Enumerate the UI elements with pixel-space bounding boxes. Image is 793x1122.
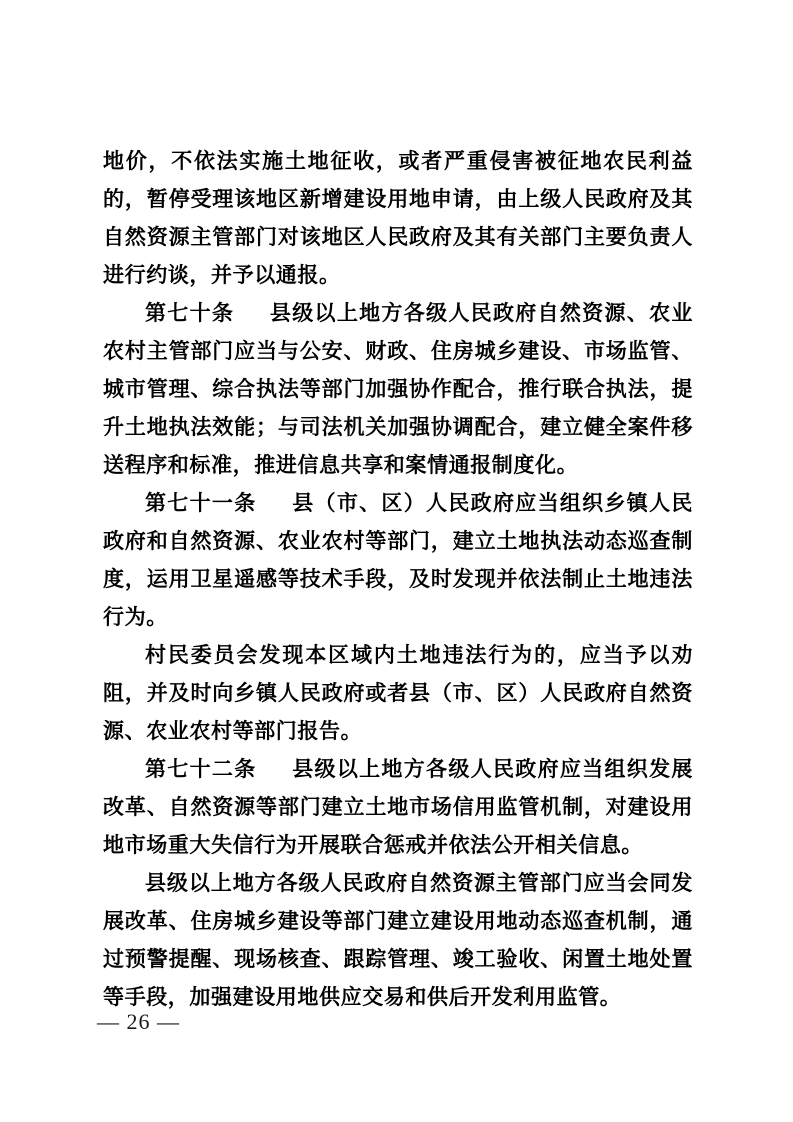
- page-number: — 26 —: [97, 1008, 180, 1036]
- paragraph-text: 县级以上地方各级人民政府自然资源主管部门应当会同发展改革、住房城乡建设等部门建立…: [103, 872, 693, 1009]
- paragraph-village-committee: 村民委员会发现本区域内土地违法行为的，应当予以劝阻，并及时向乡镇人民政府或者县（…: [103, 637, 693, 751]
- paragraph-article-72: 第七十二条县级以上地方各级人民政府应当组织发展改革、自然资源等部门建立土地市场信…: [103, 751, 693, 865]
- paragraph-text: 县级以上地方各级人民政府自然资源、农业农村主管部门应当与公安、财政、住房城乡建设…: [103, 302, 693, 477]
- article-number: 第七十条: [145, 302, 234, 325]
- article-number: 第七十二条: [145, 758, 257, 781]
- paragraph-text: 地价，不依法实施土地征收，或者严重侵害被征地农民利益的，暂停受理该地区新增建设用…: [103, 150, 693, 287]
- article-number: 第七十一条: [145, 492, 257, 515]
- paragraph-article-70: 第七十条县级以上地方各级人民政府自然资源、农业农村主管部门应当与公安、财政、住房…: [103, 295, 693, 485]
- paragraph-dynamic-inspection: 县级以上地方各级人民政府自然资源主管部门应当会同发展改革、住房城乡建设等部门建立…: [103, 865, 693, 1017]
- paragraph-text: 村民委员会发现本区域内土地违法行为的，应当予以劝阻，并及时向乡镇人民政府或者县（…: [103, 644, 693, 743]
- document-page: 地价，不依法实施土地征收，或者严重侵害被征地农民利益的，暂停受理该地区新增建设用…: [0, 0, 793, 1122]
- paragraph-article-71: 第七十一条县（市、区）人民政府应当组织乡镇人民政府和自然资源、农业农村等部门，建…: [103, 485, 693, 637]
- document-body: 地价，不依法实施土地征收，或者严重侵害被征地农民利益的，暂停受理该地区新增建设用…: [103, 143, 693, 1017]
- paragraph-continuation: 地价，不依法实施土地征收，或者严重侵害被征地农民利益的，暂停受理该地区新增建设用…: [103, 143, 693, 295]
